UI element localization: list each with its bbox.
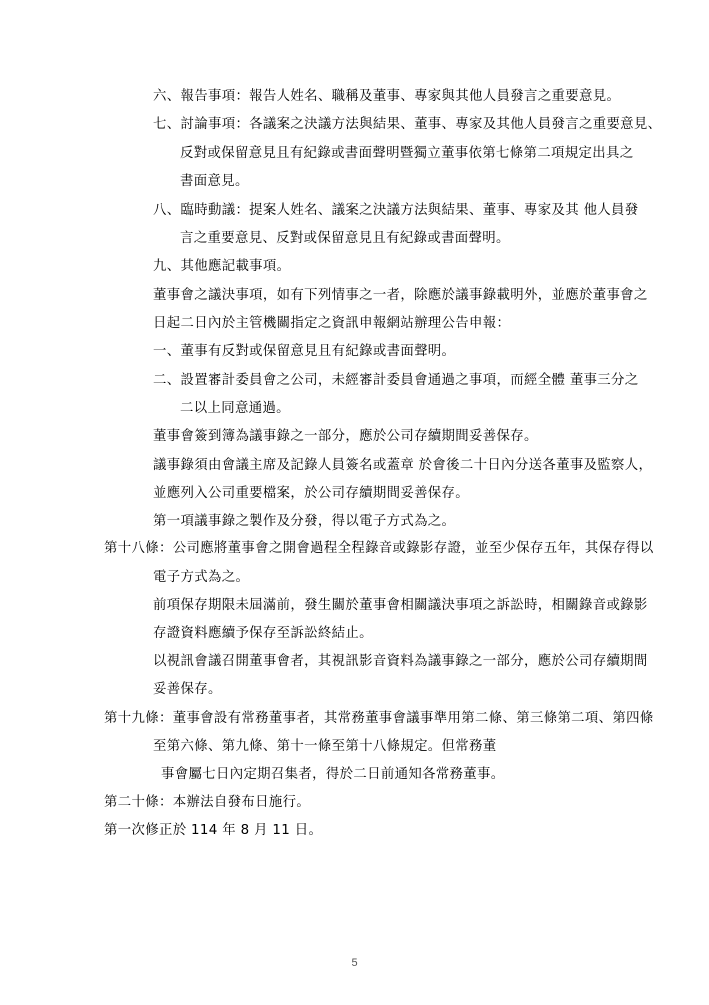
text-line: 第一項議事錄之製作及分發，得以電子方式為之。 — [153, 513, 455, 531]
text-line: 董事會簽到簿為議事錄之一部分，應於公司存續期間妥善保存。 — [153, 428, 538, 446]
text-line: 二、設置審計委員會之公司，未經審計委員會通過之事項，而經全體 董事三分之 — [153, 372, 639, 390]
text-line: 書面意見。 — [180, 173, 249, 191]
text-line: 日起二日內於主管機關指定之資訊申報網站辦理公告申報： — [153, 315, 510, 333]
amendment-date-line: 第一次修正於 114 年 8 月 11 日。 — [104, 822, 322, 840]
text-line: 至第六條、第九條、第十一條至第十八條規定。但常務董 — [153, 738, 497, 756]
text-line: 二以上同意通過。 — [180, 400, 290, 418]
text-line: 以視訊會議召開董事會者，其視訊影音資料為議事錄之一部分，應於公司存續期間 — [153, 653, 648, 671]
document-page: 六、報告事項：報告人姓名、職稱及董事、專家與其他人員發言之重要意見。 七、討論事… — [0, 0, 709, 1005]
text-line: 七、討論事項：各議案之決議方法與結果、董事、專家及其他人員發言之重要意見、 — [153, 116, 661, 134]
text-line: 反對或保留意見且有紀錄或書面聲明暨獨立董事依第七條第二項規定出具之 — [180, 145, 633, 163]
text-line: 並應列入公司重要檔案，於公司存續期間妥善保存。 — [153, 485, 469, 503]
text-line: 前項保存期限未屆滿前，發生關於董事會相關議決事項之訴訟時，相關錄音或錄影 — [153, 597, 648, 615]
text-line: 董事會之議決事項，如有下列情事之一者，除應於議事錄載明外，並應於董事會之 — [153, 287, 648, 305]
text-line: 八、臨時動議：提案人姓名、議案之決議方法與結果、董事、專家及其 他人員發 — [153, 202, 639, 220]
text-line: 言之重要意見、反對或保留意見且有紀錄或書面聲明。 — [180, 230, 510, 248]
article-18-heading: 第十八條：公司應將董事會之開會過程全程錄音或錄影存證，並至少保存五年，其保存得以 — [104, 540, 654, 558]
article-19-heading: 第十九條：董事會設有常務董事者，其常務董事會議事準用第二條、第三條第二項、第四條 — [104, 710, 654, 728]
text-line: 議事錄須由會議主席及記錄人員簽名或蓋章 於會後二十日內分送各董事及監察人， — [153, 457, 652, 475]
text-line: 妥善保存。 — [153, 681, 222, 699]
text-line: 六、報告事項：報告人姓名、職稱及董事、專家與其他人員發言之重要意見。 — [153, 88, 620, 106]
article-20-heading: 第二十條：本辦法自發布日施行。 — [104, 794, 310, 812]
text-line: 事會屬七日內定期召集者，得於二日前通知各常務董事。 — [161, 766, 505, 784]
text-line: 存證資料應續予保存至訴訟終結止。 — [153, 625, 373, 643]
text-line: 電子方式為之。 — [153, 569, 249, 587]
text-line: 一、董事有反對或保留意見且有紀錄或書面聲明。 — [153, 343, 455, 361]
page-number: 5 — [0, 957, 709, 969]
text-line: 九、其他應記載事項。 — [153, 258, 290, 276]
